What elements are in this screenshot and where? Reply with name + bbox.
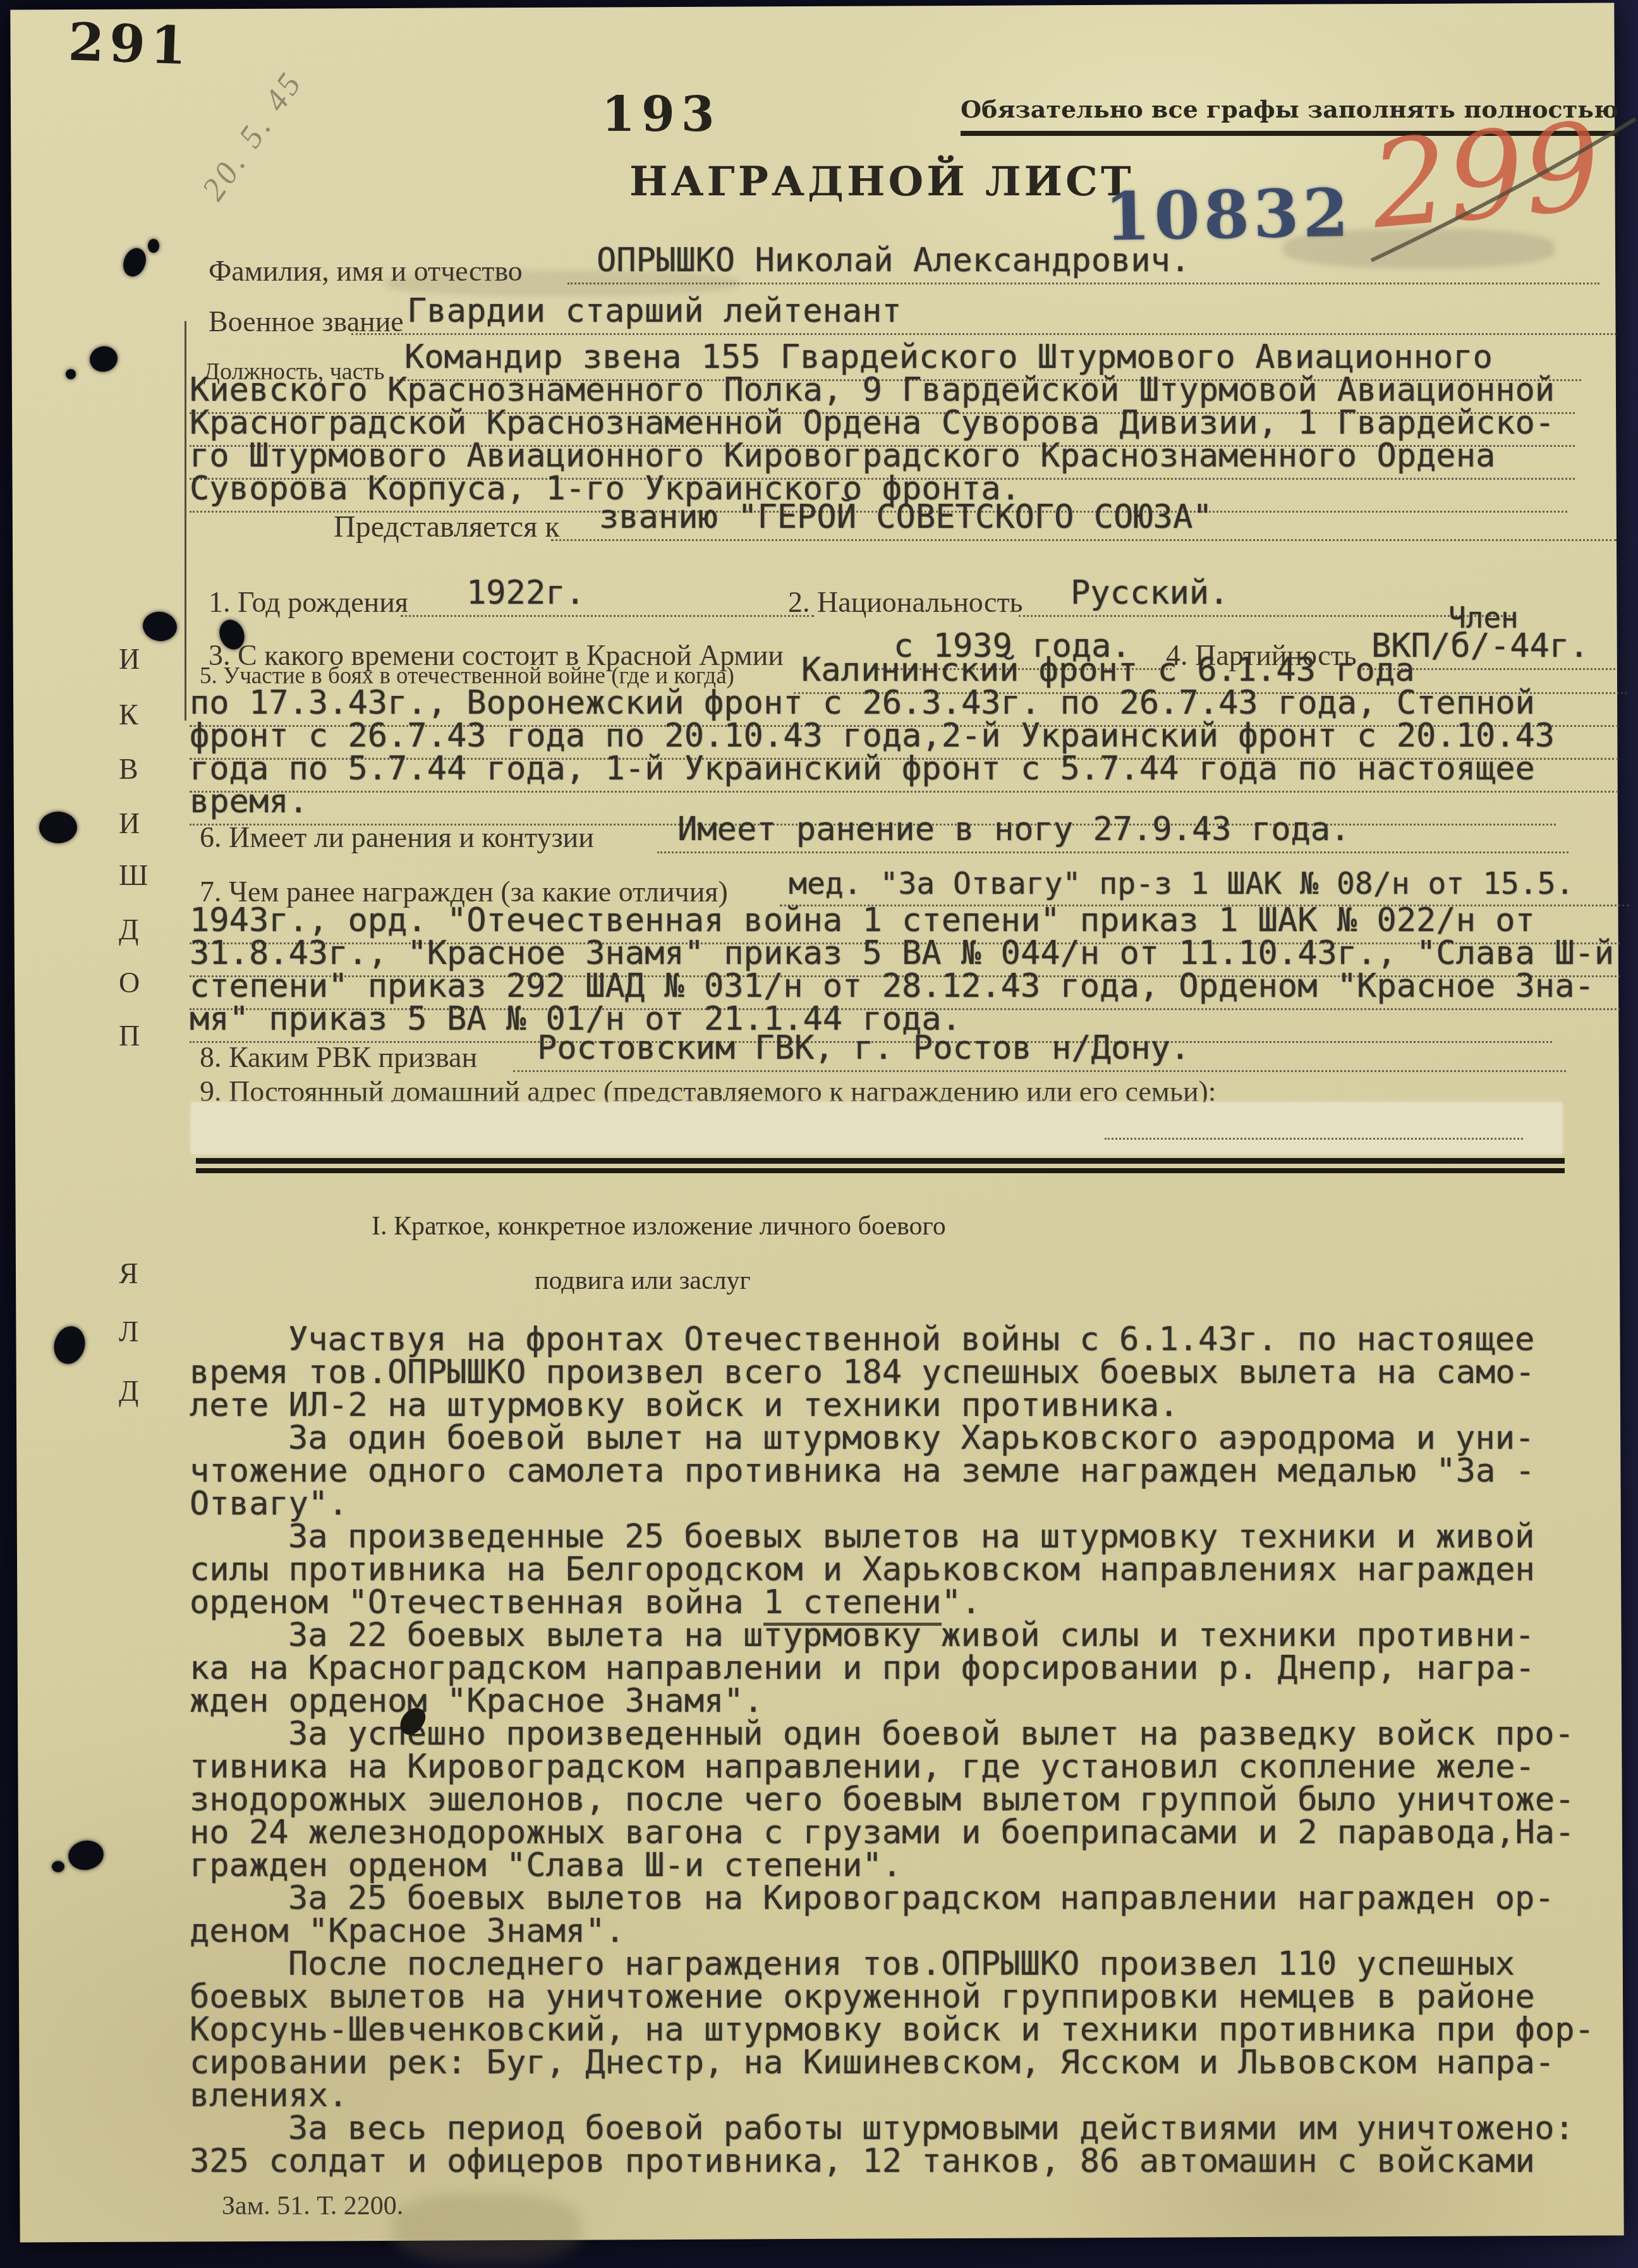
field-rvk-label: 8. Каким РВК призван — [200, 1040, 477, 1074]
body-line: За весь период боевой работы штурмовыми … — [190, 2112, 1634, 2145]
field-name-label: Фамилия, имя и отчество — [209, 254, 523, 288]
punch-hole — [52, 1861, 64, 1872]
combat-record-text: Участвуя на фронтах Отечественной войны … — [190, 1323, 1634, 2178]
body-line: За один боевой вылет на штурмовку Харько… — [190, 1422, 1634, 1454]
field-nominated-value: званию "ГЕРОЙ СОВЕТСКОГО СОЮЗА" — [551, 498, 1617, 541]
field-rank-value: Гвардии старший лейтенант — [351, 292, 1617, 335]
body-line: чтожение одного самолета противника на з… — [190, 1454, 1634, 1487]
body-line: За произведенные 25 боевых вылетов на шт… — [190, 1520, 1634, 1553]
body-line: Участвуя на фронтах Отечественной войны … — [190, 1323, 1634, 1356]
punch-hole — [87, 343, 121, 375]
margin-letter: В — [119, 752, 138, 786]
margin-letter: Я — [119, 1257, 138, 1290]
punch-hole — [119, 245, 150, 280]
field-nominated-label: Представляется к — [334, 509, 560, 544]
pencil-date-note: 20. 5. 45 — [169, 27, 337, 245]
margin-letter: О — [119, 966, 140, 999]
margin-letter: Ш — [119, 858, 148, 892]
body-line: сировании рек: Буг, Днестр, на Кишиневск… — [190, 2046, 1634, 2079]
body-line: тивника на Кировоградском направлении, г… — [190, 1750, 1634, 1783]
margin-letter: Л — [119, 1315, 138, 1348]
print-run-note: Зам. 51. Т. 2200. — [222, 2191, 403, 2221]
margin-letter: И — [119, 642, 140, 676]
body-line: ка на Красноградском направлении и при ф… — [190, 1652, 1634, 1685]
punch-hole — [66, 1838, 106, 1872]
body-line-text: ". — [942, 1583, 981, 1621]
field-birth-year-label: 1. Год рождения — [209, 585, 408, 619]
body-line: За 22 боевых вылета на штурмовку живой с… — [190, 1619, 1634, 1652]
section-divider-line — [196, 1168, 1565, 1173]
field-nationality-value: Русский. — [1019, 574, 1514, 617]
page-number-stamp: 291 — [67, 12, 192, 77]
body-line: Корсунь-Шевченковский, на штурмовку войс… — [190, 2013, 1634, 2046]
margin-letter: Д — [119, 913, 138, 946]
section1-heading-line2: подвига или заслуг — [535, 1265, 751, 1296]
field-nationality-label: 2. Национальность — [788, 585, 1023, 619]
body-line: Отвагу". — [190, 1487, 1634, 1520]
body-line: боевых вылетов на уничтожение окруженной… — [190, 1980, 1634, 2013]
field-awards-line: мед. "За Отвагу" пр-з 1 ШАК № 08/н от 15… — [780, 866, 1629, 906]
section-divider-line — [196, 1158, 1565, 1164]
margin-rule — [185, 321, 186, 721]
field-rvk-value: Ростовским ГВК, г. Ростов н/Дону. — [513, 1029, 1566, 1072]
body-line: гражден орденом "Слава Ш-и степени". — [190, 1849, 1634, 1882]
body-line: орденом "Отечественная война 1 степени". — [190, 1586, 1634, 1619]
punch-hole — [39, 812, 77, 843]
field-wounds-label: 6. Имеет ли ранения и контузии — [200, 820, 594, 854]
body-line-text: орденом "Отечественная война — [190, 1583, 763, 1621]
punch-hole — [66, 369, 76, 379]
body-line: деном "Красное Знамя". — [190, 1915, 1634, 1948]
body-line: 325 солдат и офицеров противника, 12 тан… — [190, 2145, 1634, 2178]
field-birth-year-value: 1922г. — [401, 574, 814, 617]
margin-letter: П — [119, 1019, 140, 1052]
punch-hole — [140, 609, 179, 644]
punch-hole — [148, 239, 159, 253]
field-wounds-value: Имеет ранение в ногу 27.9.43 года. — [657, 810, 1568, 853]
body-line: лете ИЛ-2 на штурмовку войск и техники п… — [190, 1389, 1634, 1422]
document-content: И К В И Ш Д О П Я Л Д 291 20. 5. 45 193 … — [0, 0, 1638, 2268]
body-line: влениях. — [190, 2079, 1634, 2112]
body-line: За 25 боевых вылетов на Кировоградском н… — [190, 1882, 1634, 1915]
paper-stain — [392, 2193, 581, 2263]
body-line: После последнего награждения тов.ОПРЫШКО… — [190, 1948, 1634, 1980]
body-line: время тов.ОПРЫШКО произвел всего 184 усп… — [190, 1356, 1634, 1389]
body-line: силы противника на Белгородском и Харько… — [190, 1553, 1634, 1586]
body-line: но 24 железнодорожных вагона с грузами и… — [190, 1816, 1634, 1849]
section1-heading-line1: I. Краткое, конкретное изложение личного… — [372, 1211, 946, 1241]
margin-letter: И — [119, 807, 140, 840]
sheet-number-stamp: 193 — [602, 86, 721, 142]
punch-hole — [50, 1323, 89, 1367]
margin-letter: Д — [119, 1374, 138, 1408]
field-name-value: ОПРЫШКО Николай Александрович. — [567, 241, 1599, 284]
margin-letter: К — [119, 698, 138, 731]
address-dotted-remnant — [1105, 1113, 1523, 1140]
body-line: знодорожных эшелонов, после чего боевым … — [190, 1783, 1634, 1816]
document-title: НАГРАДНОЙ ЛИСТ — [629, 158, 1134, 205]
